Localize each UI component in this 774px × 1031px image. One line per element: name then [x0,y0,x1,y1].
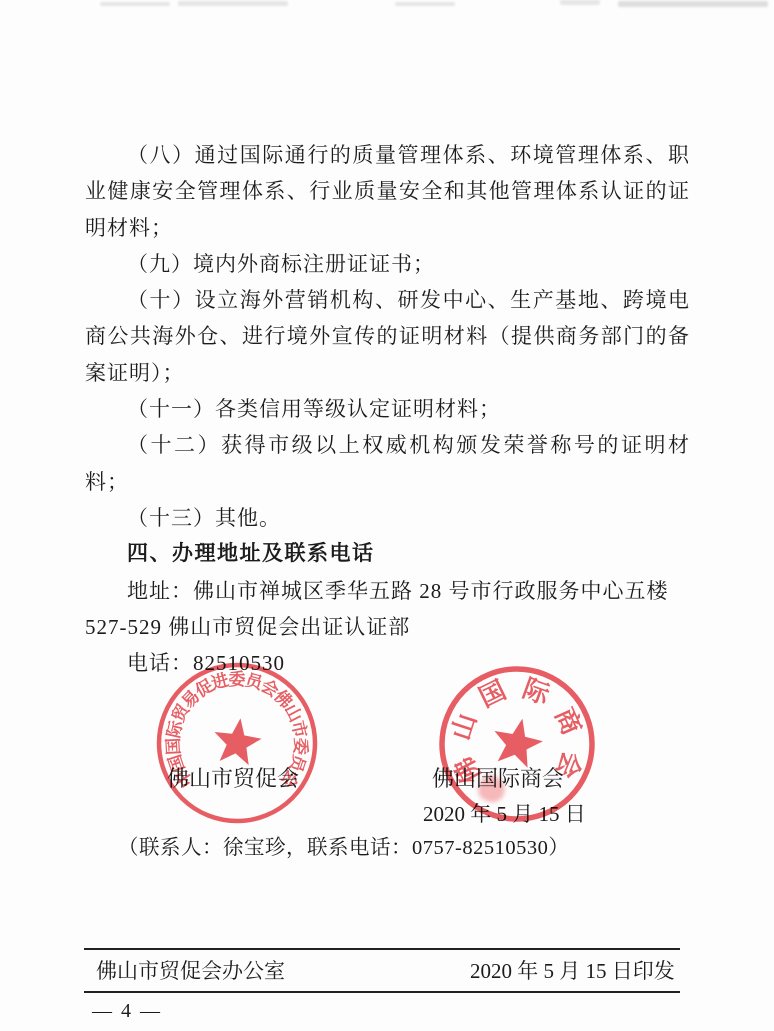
foshan-international-chamber-seal: 佛山国际商会 [442,669,592,819]
seal-star-icon [215,718,262,765]
footer-rule-bottom [84,991,680,993]
scan-artifact [100,2,170,6]
svg-text:佛: 佛 [270,686,296,712]
scan-artifact [560,0,600,5]
signature-date: 2020 年 5 月 15 日 [423,798,586,828]
address-line-2: 527-529 佛山市贸促会出证认证部 [85,609,690,645]
body-paragraph-9: （九）境内外商标注册证证书； [85,246,690,282]
svg-text:市: 市 [288,719,311,740]
address-line-1: 地址：佛山市禅城区季华五路 28 号市行政服务中心五楼 [85,573,690,609]
scan-artifact [618,1,768,7]
seal-star-icon [495,719,543,768]
footer-issuer: 佛山市贸促会办公室 [96,955,285,985]
section-heading: 四、办理地址及联系电话 [85,536,690,572]
svg-text:际: 际 [164,718,186,740]
body-paragraph-11: （十一）各类信用等级认定证明材料； [85,391,690,427]
document-body: （八）通过国际通行的质量管理体系、环境管理体系、职业健康安全管理体系、行业质量安… [85,137,690,681]
body-paragraph-10: （十）设立海外营销机构、研发中心、生产基地、跨境电商公共海外仓、进行境外宣传的证… [85,282,690,391]
svg-text:商: 商 [549,703,587,739]
document-page: （八）通过国际通行的质量管理体系、环境管理体系、职业健康安全管理体系、行业质量安… [0,0,774,1031]
svg-text:易: 易 [178,687,203,712]
svg-text:山: 山 [281,701,306,725]
body-paragraph-12: （十二）获得市级以上权威机构颁发荣誉称号的证明材料； [85,427,690,500]
org-name-left: 佛山市贸促会 [167,762,299,793]
footer-rule-top [84,948,680,950]
body-paragraph-13: （十三）其他。 [85,500,690,536]
svg-text:山: 山 [446,710,482,744]
body-paragraph-8: （八）通过国际通行的质量管理体系、环境管理体系、职业健康安全管理体系、行业质量安… [85,137,690,246]
cptf-foshan-committee-seal: 中国国际贸易促进委员会佛山市委员会 [159,665,315,821]
contact-line: （联系人：徐宝珍，联系电话：0757-82510530） [118,830,569,860]
page-number: — 4 — [92,1000,162,1023]
scan-artifact [178,1,288,6]
footer-print-date: 2020 年 5 月 15 日印发 [470,955,675,985]
svg-text:国: 国 [164,737,184,755]
svg-text:委: 委 [290,737,311,755]
scan-artifact [395,2,455,6]
phone-line: 电话：82510530 [85,645,690,681]
svg-text:贸: 贸 [168,700,194,725]
